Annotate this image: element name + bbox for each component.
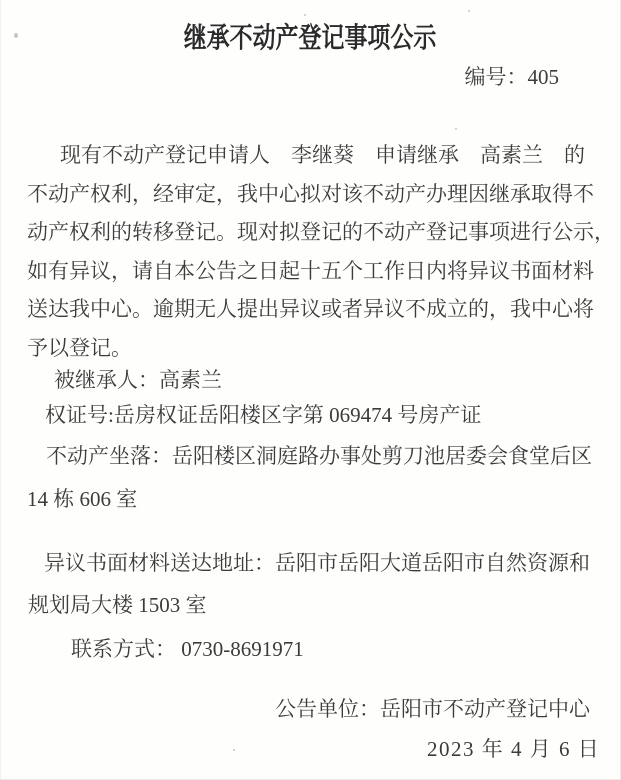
objection-address-line1: 异议书面材料送达地址：岳阳市岳阳大道岳阳市自然资源和 — [44, 551, 590, 576]
scanned-notice-page: 继承不动产登记事项公示 编号：405 现有不动产登记申请人 李继葵 申请继承 高… — [0, 0, 621, 780]
scan-speck — [455, 128, 457, 130]
scan-speck — [304, 14, 306, 16]
objection-address-line2: 规划局大楼 1503 室 — [28, 593, 207, 618]
field-property-location-line2: 14 栋 606 室 — [27, 487, 137, 512]
body-line-3: 动产权利的转移登记。现对拟登记的不动产登记事项进行公示， — [27, 213, 599, 252]
document-title: 继承不动产登记事项公示 — [184, 23, 437, 53]
footer-issuer-line: 公告单位：岳阳市不动产登记中心 — [275, 697, 590, 722]
document-title-row: 继承不动产登记事项公示 — [0, 23, 621, 53]
field-certificate-number: 权证号:岳房权证岳阳楼区字第 069474 号房产证 — [45, 403, 481, 428]
scan-speck — [14, 33, 18, 38]
document-number: 编号：405 — [465, 65, 560, 90]
scan-speck — [233, 749, 235, 751]
field-decedent: 被继承人：高素兰 — [54, 368, 222, 393]
body-line-5: 送达我中心。逾期无人提出异议或者异议不成立的，我中心将 — [27, 290, 599, 329]
field-property-location-line1: 不动产坐落：岳阳楼区洞庭路办事处剪刀池居委会食堂后区 — [46, 444, 592, 469]
scan-speck — [580, 196, 582, 198]
footer-date-line: 2023 年 4 月 6 日 — [427, 737, 600, 762]
body-line-6: 予以登记。 — [27, 329, 599, 368]
contact-phone-line: 联系方式： 0730-8691971 — [71, 637, 304, 662]
body-line-4: 如有异议，请自本公告之日起十五个工作日内将异议书面材料 — [27, 252, 599, 291]
body-line-2: 不动产权利，经审定，我中心拟对该不动产办理因继承取得不 — [27, 175, 599, 214]
body-line-1: 现有不动产登记申请人 李继葵 申请继承 高素兰 的 — [27, 136, 599, 175]
body-paragraph: 现有不动产登记申请人 李继葵 申请继承 高素兰 的 不动产权利，经审定，我中心拟… — [27, 136, 599, 368]
scan-speck — [468, 10, 470, 12]
